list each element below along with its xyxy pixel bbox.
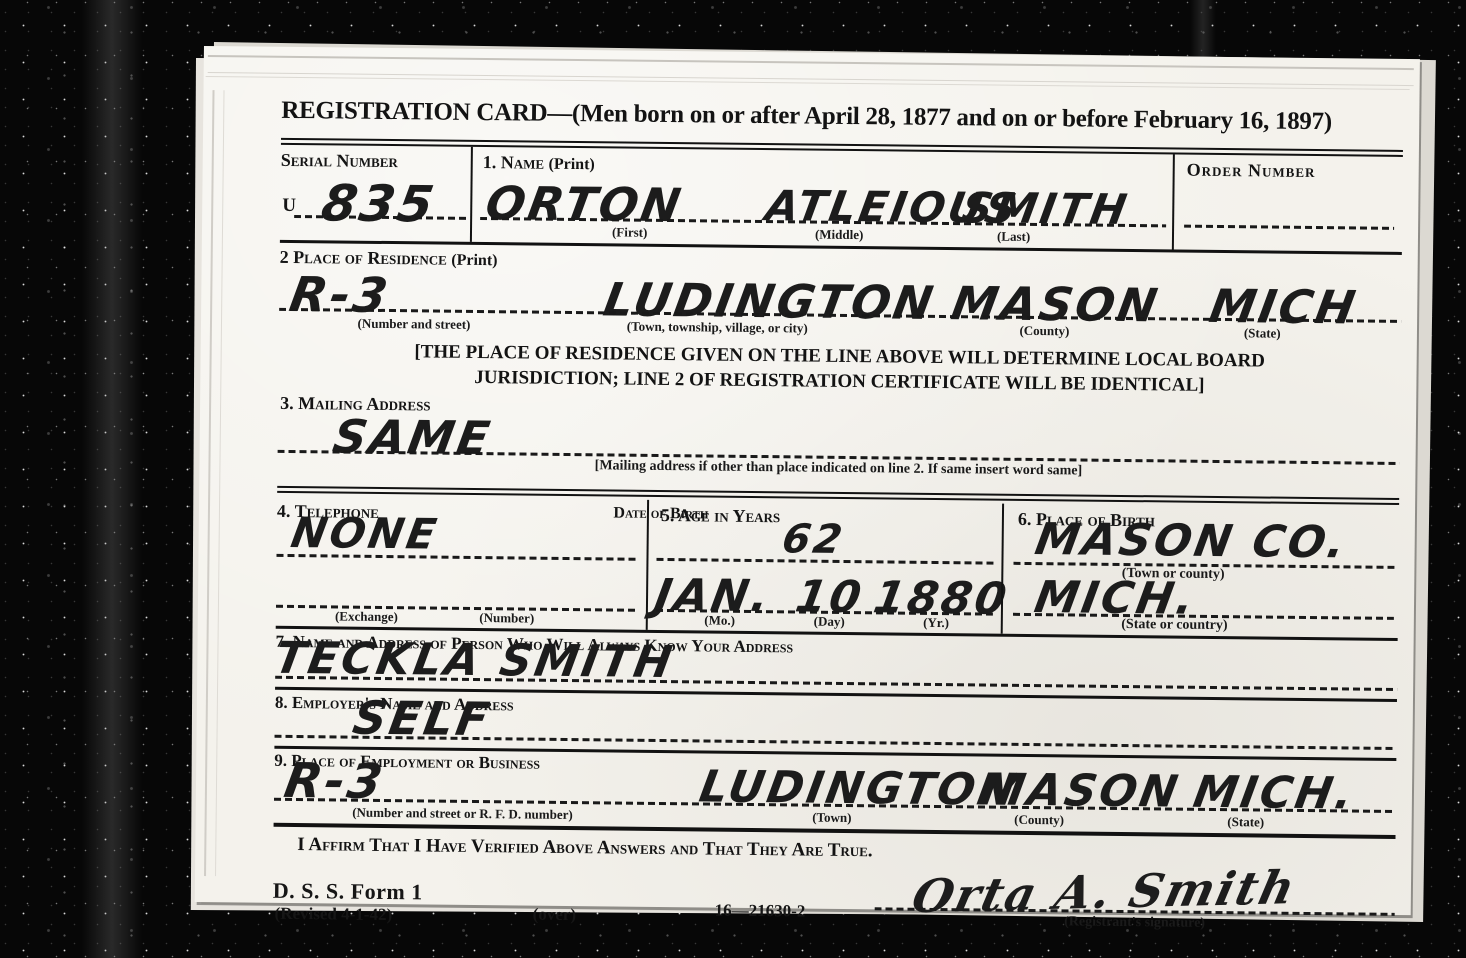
card-stack-edge [204, 90, 225, 876]
name-cell: 1. Name (Print) ORTON ATLEIOUS SMITH (Fi… [470, 147, 1175, 250]
caption-town: (Town) [812, 810, 851, 826]
caption-month: (Mo.) [704, 612, 735, 628]
serial-number-cell: Serial Number U 835 [280, 145, 471, 242]
name-label: 1. Name (Print) [483, 152, 595, 174]
section-place-of-employment: 9. Place of Employment or Business R-3 L… [274, 749, 1397, 839]
telephone-value: NONE [288, 512, 442, 556]
residence-state-value: MICH [1207, 283, 1362, 331]
caption-number: (Number) [479, 610, 534, 627]
serial-number-value: 835 [318, 178, 440, 229]
form-number: D. S. S. Form 1 [273, 878, 423, 906]
caption-state-or-country: (State or country) [1121, 617, 1227, 634]
registration-card: REGISTRATION CARD—(Men born on or after … [195, 46, 1420, 915]
caption-rfd-number: (Number and street or R. F. D. number) [352, 805, 573, 823]
telephone-dotted-line [276, 605, 636, 612]
caption-county: (County) [1014, 812, 1064, 829]
residence-print-paren: (Print) [451, 252, 497, 269]
caption-exchange: (Exchange) [335, 608, 398, 625]
over-note: (over) [533, 905, 577, 925]
caption-first: (First) [612, 224, 648, 240]
signature-block: Orta A. Smith (Registrant's signature) [874, 848, 1395, 938]
caption-middle: (Middle) [815, 227, 864, 244]
telephone-cell: 4. Telephone NONE (Exchange) (Number) [276, 496, 647, 630]
card-title: REGISTRATION CARD—(Men born on or after … [281, 97, 1403, 137]
section-place-of-residence: 2 Place of Residence (Print) R-3 LUDINGT… [279, 243, 1402, 347]
age-dotted-line [656, 558, 993, 565]
row-telephone-age-birth: 4. Telephone NONE (Exchange) (Number) 5.… [276, 496, 1399, 641]
order-number-cell: Order Number [1174, 155, 1403, 252]
row-serial-name-order: Serial Number U 835 1. Name (Print) ORTO… [280, 145, 1403, 255]
caption-number-street: (Number and street) [357, 316, 470, 333]
caption-state: (State) [1227, 814, 1264, 830]
date-of-birth-label: Date of Birth [613, 504, 708, 523]
residence-number-value: R-3 [286, 271, 393, 320]
caption-year: (Yr.) [923, 615, 949, 631]
scan-light-streak [82, 0, 142, 958]
age-cell: 5. Age in Years 62 Date of Birth JAN. 10… [646, 500, 1002, 634]
serial-prefix: U [282, 195, 296, 217]
order-number-label: Order Number [1187, 160, 1316, 182]
age-value: 62 [779, 519, 847, 560]
card-footer: D. S. S. Form 1 (Revised 4-1-42) (over) … [272, 856, 1395, 958]
serial-number-label: Serial Number [281, 150, 398, 172]
caption-day: (Day) [814, 614, 845, 630]
section-mailing-address: 3. Mailing Address SAME [Mailing address… [277, 391, 1400, 485]
caption-town: (Town, township, village, or city) [627, 319, 808, 337]
form-revision: (Revised 4-1-42) [275, 904, 393, 925]
place-of-birth-cell: 6. Place of Birth MASON CO. (Town or cou… [1001, 504, 1399, 638]
card-content: REGISTRATION CARD—(Men born on or after … [273, 47, 1404, 915]
caption-state: (State) [1244, 325, 1281, 341]
name-print-paren: (Print) [548, 156, 594, 173]
caption-mailing: [Mailing address if other than place ind… [595, 458, 1083, 479]
print-code: 16—21630-2 [715, 901, 806, 922]
caption-last: (Last) [997, 229, 1030, 245]
caption-county: (County) [1019, 323, 1069, 340]
residence-county-value: MASON [949, 280, 1164, 328]
caption-registrant-signature: (Registrant's signature) [1064, 914, 1205, 932]
telephone-dotted-line [276, 554, 636, 561]
order-dotted-line [1184, 225, 1394, 230]
birth-town-value: MASON CO. [1032, 518, 1351, 565]
